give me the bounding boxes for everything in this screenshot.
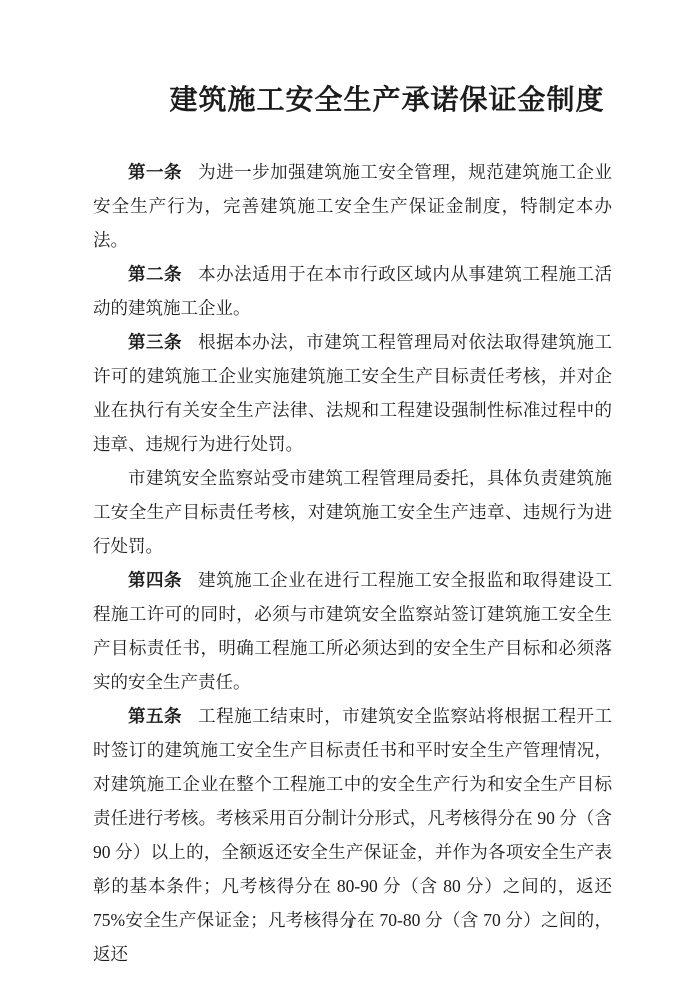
article-5-label: 第五条 [128,706,182,726]
paragraph-article-3: 第三条根据本办法，市建筑工程管理局对依法取得建筑施工许可的建筑施工企业实施建筑施… [93,325,612,461]
article-2-label: 第二条 [128,264,182,284]
article-4-label: 第四条 [128,570,182,590]
document-title: 建筑施工安全生产承诺保证金制度 [0,84,700,116]
paragraph-article-4: 第四条建筑施工企业在进行工程施工安全报监和取得建设工程施工许可的同时，必须与市建… [93,563,612,699]
document-body: 第一条为进一步加强建筑施工安全管理，规范建筑施工企业安全生产行为，完善建筑施工安… [93,155,612,971]
document-page: 建筑施工安全生产承诺保证金制度 第一条为进一步加强建筑施工安全管理，规范建筑施工… [0,0,700,990]
article-3-label: 第三条 [128,332,182,352]
page-number: 1 [0,916,700,934]
paragraph-unlabeled-text: 市建筑安全监察站受市建筑工程管理局委托，具体负责建筑施工安全生产目标责任考核，对… [93,468,612,556]
paragraph-unlabeled: 市建筑安全监察站受市建筑工程管理局委托，具体负责建筑施工安全生产目标责任考核，对… [93,461,612,563]
article-1-label: 第一条 [128,162,182,182]
paragraph-article-2: 第二条本办法适用于在本市行政区域内从事建筑工程施工活动的建筑施工企业。 [93,257,612,325]
paragraph-article-1: 第一条为进一步加强建筑施工安全管理，规范建筑施工企业安全生产行为，完善建筑施工安… [93,155,612,257]
